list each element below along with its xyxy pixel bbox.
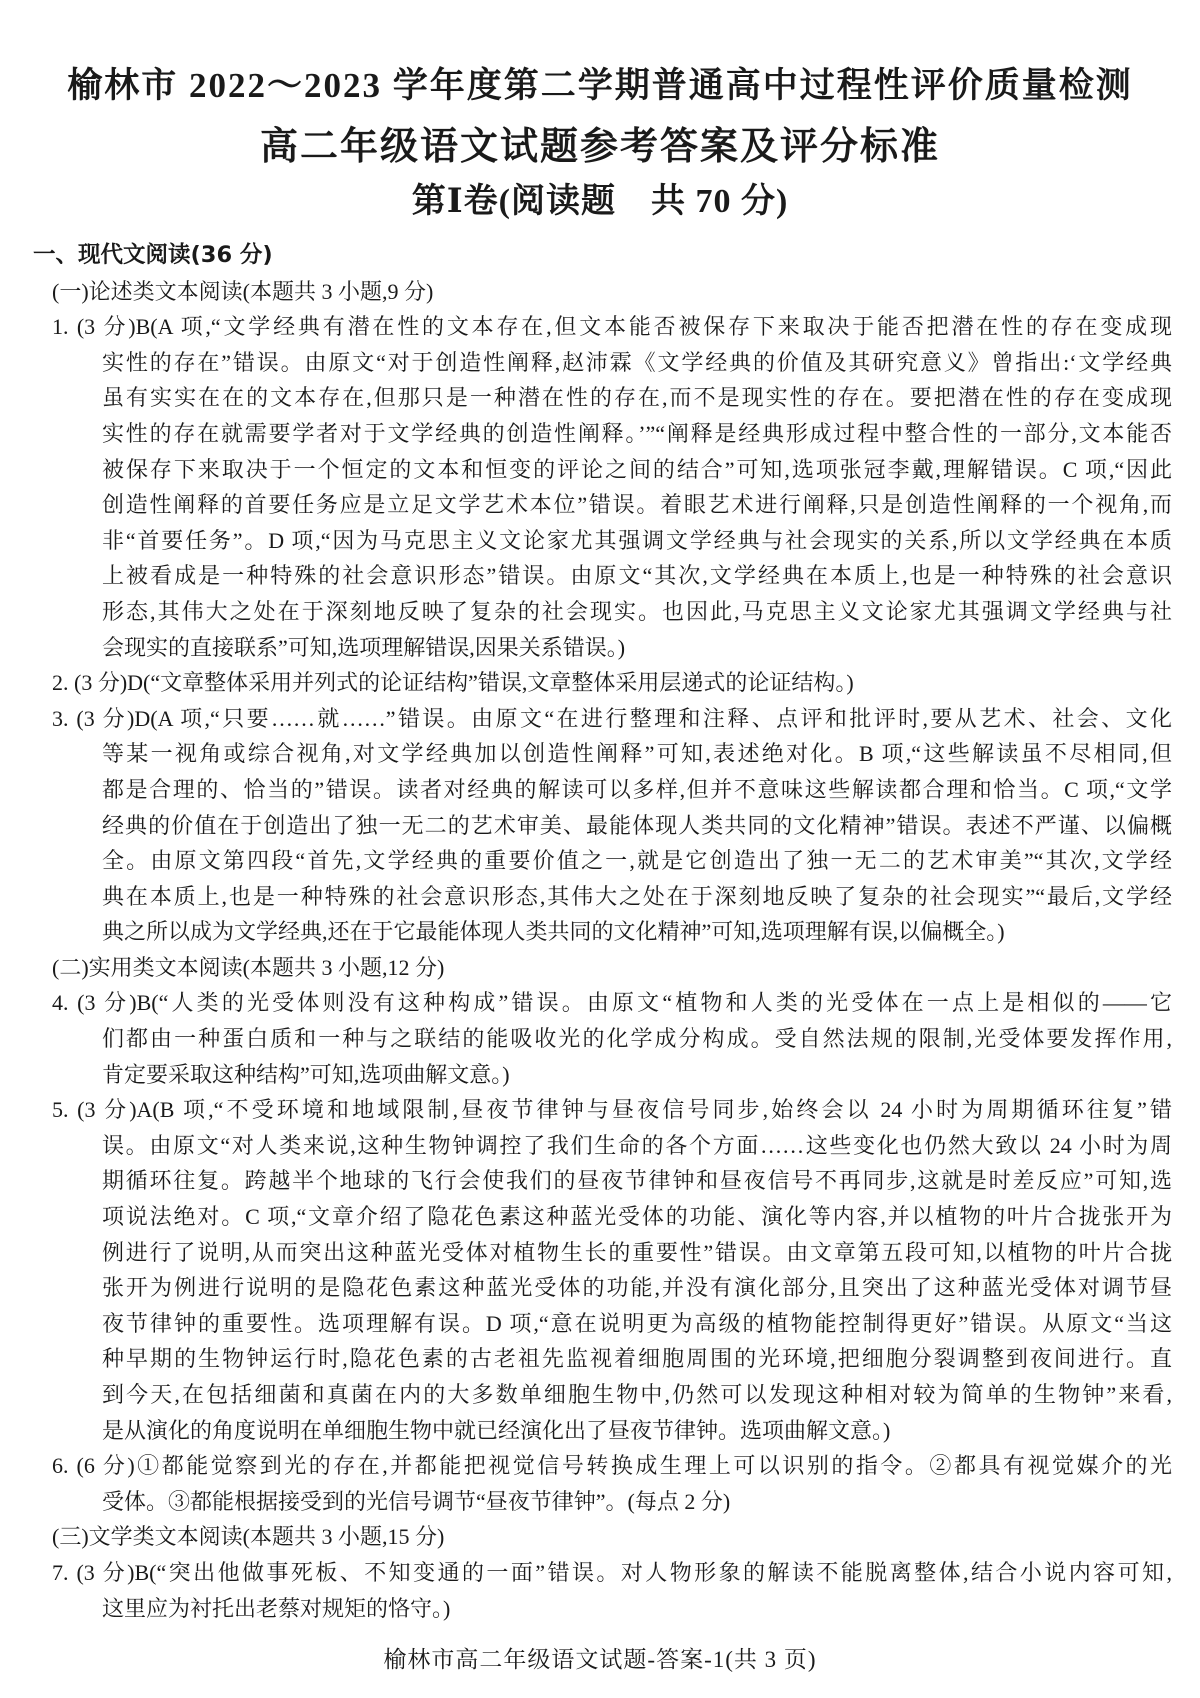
exam-session-title: 榆林市 2022～2023 学年度第二学期普通高中过程性评价质量检测 — [0, 64, 1200, 108]
answer-text-line: 实性的存在”错误。由原文“对于创造性阐释,赵沛霖《文学经典的价值及其研究意义》曾… — [0, 345, 1172, 381]
answer-text-line: 虽有实实在在的文本存在,但那只是一种潜在性的存在,而不是现实性的存在。要把潜在性… — [0, 380, 1172, 416]
answer-text-line: 经典的价值在于创造出了独一无二的艺术审美、最能体现人类共同的文化精神”错误。表述… — [0, 808, 1172, 844]
answer-item-line: 6. (6 分)①都能觉察到光的存在,并都能把视觉信号转换成生理上可以识别的指令… — [0, 1448, 1172, 1484]
answer-item-line: 4. (3 分)B(“人类的光受体则没有这种构成”错误。由原文“植物和人类的光受… — [0, 985, 1172, 1021]
answer-text-line: 张开为例进行说明的是隐花色素这种蓝光受体的功能,并没有演化部分,且突出了这种蓝光… — [0, 1270, 1172, 1306]
answer-text-line: 会现实的直接联系”可知,选项理解错误,因果关系错误。) — [0, 630, 1172, 666]
answer-text-line: 非“首要任务”。D 项,“因为马克思主义文论家尤其强调文学经典与社会现实的关系,… — [0, 523, 1172, 559]
exam-answer-page: 榆林市 2022～2023 学年度第二学期普通高中过程性评价质量检测 高二年级语… — [0, 0, 1200, 1698]
answer-text-line: 创造性阐释的首要任务应是立足文学艺术本位”错误。着眼艺术进行阐释,只是创造性阐释… — [0, 487, 1172, 523]
subsection-heading: (二)实用类文本阅读(本题共 3 小题,12 分) — [0, 950, 1172, 986]
answer-text-line: 典在本质上,也是一种特殊的社会意识形态,其伟大之处在于深刻地反映了复杂的社会现实… — [0, 879, 1172, 915]
answer-item-line: 3. (3 分)D(A 项,“只要……就……”错误。由原文“在进行整理和注释、点… — [0, 701, 1172, 737]
answer-text-line: 典之所以成为文学经典,还在于它最能体现人类共同的文化精神”可知,选项理解有误,以… — [0, 914, 1172, 950]
answer-text-line: 期循环往复。跨越半个地球的飞行会使我们的昼夜节律钟和昼夜信号不再同步,这就是时差… — [0, 1163, 1172, 1199]
answer-text-line: 到今天,在包括细菌和真菌在内的大多数单细胞生物中,仍然可以发现这种相对较为简单的… — [0, 1377, 1172, 1413]
answer-text-line: 受体。③都能根据接受到的光信号调节“昼夜节律钟”。(每点 2 分) — [0, 1484, 1172, 1520]
answer-text-line: 夜节律钟的重要性。选项理解有误。D 项,“意在说明更为高级的植物能控制得更好”错… — [0, 1306, 1172, 1342]
subsection-heading: (三)文学类文本阅读(本题共 3 小题,15 分) — [0, 1519, 1172, 1555]
answer-item-line: 5. (3 分)A(B 项,“不受环境和地域限制,昼夜节律钟与昼夜信号同步,始终… — [0, 1092, 1172, 1128]
answer-text-line: 是从演化的角度说明在单细胞生物中就已经演化出了昼夜节律钟。选项曲解文意。) — [0, 1413, 1172, 1449]
section-heading: 一、现代文阅读(36 分) — [0, 238, 1172, 274]
answer-text-line: 这里应为衬托出老蔡对规矩的恪守。) — [0, 1591, 1172, 1627]
answer-text-line: 被保存下来取决于一个恒定的文本和恒变的评论之间的结合”可知,选项张冠李戴,理解错… — [0, 452, 1172, 488]
answer-text-line: 等某一视角或综合视角,对文学经典加以创造性阐释”可知,表述绝对化。B 项,“这些… — [0, 736, 1172, 772]
answer-text-line: 实性的存在就需要学者对于文学经典的创造性阐释。’”“阐释是经典形成过程中整合性的… — [0, 416, 1172, 452]
answer-text-line: 形态,其伟大之处在于深刻地反映了复杂的社会现实。也因此,马克思主义文论家尤其强调… — [0, 594, 1172, 630]
answer-text-line: 全。由原文第四段“首先,文学经典的重要价值之一,就是它创造出了独一无二的艺术审美… — [0, 843, 1172, 879]
answer-item-line: 7. (3 分)B(“突出他做事死板、不知变通的一面”错误。对人物形象的解读不能… — [0, 1555, 1172, 1591]
answer-text-line: 上被看成是一种特殊的社会意识形态”错误。由原文“其次,文学经典在本质上,也是一种… — [0, 558, 1172, 594]
answer-item-line: 2. (3 分)D(“文章整体采用并列式的论证结构”错误,文章整体采用层递式的论… — [0, 665, 1172, 701]
answer-key-title: 高二年级语文试题参考答案及评分标准 — [0, 122, 1200, 170]
answer-text-line: 都是合理的、恰当的”错误。读者对经典的解读可以多样,但并不意味这些解读都合理和恰… — [0, 772, 1172, 808]
answer-text-line: 种早期的生物钟运行时,隐花色素的古老祖先监视着细胞周围的光环境,把细胞分裂调整到… — [0, 1341, 1172, 1377]
volume-heading: 第Ⅰ卷(阅读题 共 70 分) — [0, 180, 1200, 224]
answer-body: 一、现代文阅读(36 分)(一)论述类文本阅读(本题共 3 小题,9 分)1. … — [0, 238, 1200, 1626]
answer-text-line: 误。由原文“对人类来说,这种生物钟调控了我们生命的各个方面……这些变化也仍然大致… — [0, 1128, 1172, 1164]
answer-item-line: 1. (3 分)B(A 项,“文学经典有潜在性的文本存在,但文本能否被保存下来取… — [0, 309, 1172, 345]
page-footer: 榆林市高二年级语文试题-答案-1(共 3 页) — [0, 1645, 1200, 1675]
subsection-heading: (一)论述类文本阅读(本题共 3 小题,9 分) — [0, 274, 1172, 310]
answer-text-line: 例进行了说明,从而突出这种蓝光受体对植物生长的重要性”错误。由文章第五段可知,以… — [0, 1235, 1172, 1271]
answer-text-line: 们都由一种蛋白质和一种与之联结的能吸收光的化学成分构成。受自然法规的限制,光受体… — [0, 1021, 1172, 1057]
answer-text-line: 肯定要采取这种结构”可知,选项曲解文意。) — [0, 1057, 1172, 1093]
answer-text-line: 项说法绝对。C 项,“文章介绍了隐花色素这种蓝光受体的功能、演化等内容,并以植物… — [0, 1199, 1172, 1235]
